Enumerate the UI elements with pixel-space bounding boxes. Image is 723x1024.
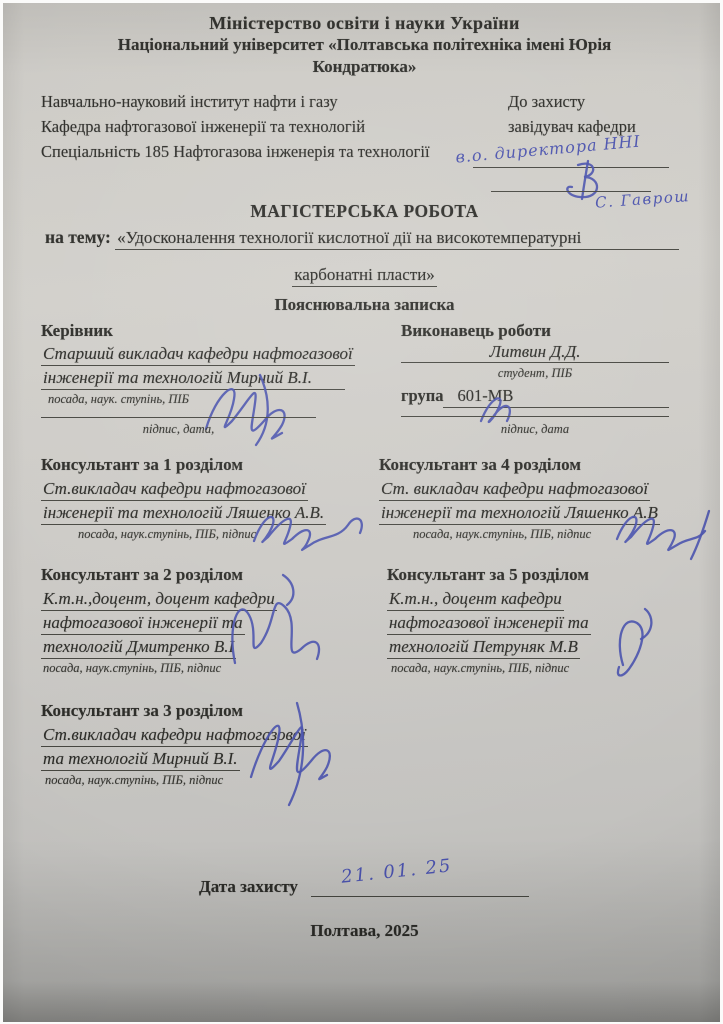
consultant5-caption: посада, наук.ступінь, ПІБ, підпис (391, 661, 569, 676)
consultant2-line3: технологій Дмитренко В.І (41, 637, 236, 659)
executor-title: Виконавець роботи (401, 321, 551, 341)
topic-text-line1: «Удосконалення технології кислотної дії … (115, 228, 679, 250)
handwritten-defense-date: 21. 01. 25 (340, 855, 453, 888)
topic-text-line2: карбонатні пласти» (292, 265, 437, 287)
city-year-footer: Полтава, 2025 (3, 921, 723, 941)
executor-signature-line (401, 416, 669, 417)
executor-caption-student: студент, ПІБ (401, 366, 669, 381)
department-line: Кафедра нафтогазової інженерії та технол… (41, 117, 365, 137)
consultant2-caption: посада, наук.ступінь, ПІБ, підпис (43, 661, 221, 676)
scanned-title-page: Міністерство освіти і науки України Наці… (0, 0, 723, 1024)
consultant5-signature (593, 603, 681, 681)
defense-date-line (311, 896, 529, 897)
consultant3-signature (239, 697, 357, 809)
consultant1-title: Консультант за 1 розділом (41, 455, 243, 475)
consultant1-signature (248, 501, 378, 563)
consultant5-title: Консультант за 5 розділом (387, 565, 589, 585)
consultant1-caption: посада, наук.ступінь, ПІБ, підпис (78, 527, 256, 542)
paper-sheet: Міністерство освіти і науки України Наці… (3, 3, 720, 1022)
supervisor-title: Керівник (41, 321, 113, 341)
consultant2-title: Консультант за 2 розділом (41, 565, 243, 585)
consultant5-line1: К.т.н., доцент кафедри (387, 589, 564, 611)
topic-label: на тему: (45, 227, 111, 247)
subtitle: Пояснювальна записка (3, 295, 723, 315)
consultant2-line2: нафтогазової інженерії та (41, 613, 245, 635)
supervisor-caption-position: посада, наук. ступінь, ПІБ (48, 392, 189, 407)
consultant5-line3: технологій Петруняк М.В (387, 637, 580, 659)
consultant5-line2: нафтогазової інженерії та (387, 613, 591, 635)
ministry-heading: Міністерство освіти і науки України (3, 13, 723, 34)
consultant2-signature (221, 569, 339, 677)
consultant3-title: Консультант за 3 розділом (41, 701, 243, 721)
consultant3-caption: посада, наук.ступінь, ПІБ, підпис (45, 773, 223, 788)
defense-date-label: Дата захисту (199, 877, 298, 897)
executor-name: Литвин Д.Д. (401, 342, 669, 362)
consultant1-line1: Ст.викладач кафедри нафтогазової (41, 479, 308, 501)
supervisor-position-line1: Старший викладач кафедри нафтогазової (41, 344, 355, 366)
supervisor-caption-signature: підпис, дата, (41, 422, 316, 437)
consultant4-caption: посада, наук.ступінь, ПІБ, підпис (413, 527, 591, 542)
work-type-title: МАГІСТЕРСЬКА РОБОТА (3, 201, 723, 222)
institute-line: Навчально-науковий інститут нафти і газу (41, 92, 338, 112)
supervisor-signature-line (41, 417, 316, 418)
executor-caption-signature: підпис, дата (401, 422, 669, 437)
executor-name-line (401, 362, 669, 363)
group-label: група (401, 386, 443, 405)
specialty-line: Спеціальність 185 Нафтогазова інженерія … (41, 142, 430, 162)
consultant4-signature (613, 501, 723, 563)
university-heading-line1: Національний університет «Полтавська пол… (3, 35, 723, 55)
university-heading-line2: Кондратюка» (3, 57, 723, 77)
approval-line1: До захисту (508, 92, 585, 112)
consultant3-line2: та технологій Мирний В.І. (41, 749, 240, 771)
consultant4-line1: Ст. викладач кафедри нафтогазової (379, 479, 650, 501)
consultant4-title: Консультант за 4 розділом (379, 455, 581, 475)
